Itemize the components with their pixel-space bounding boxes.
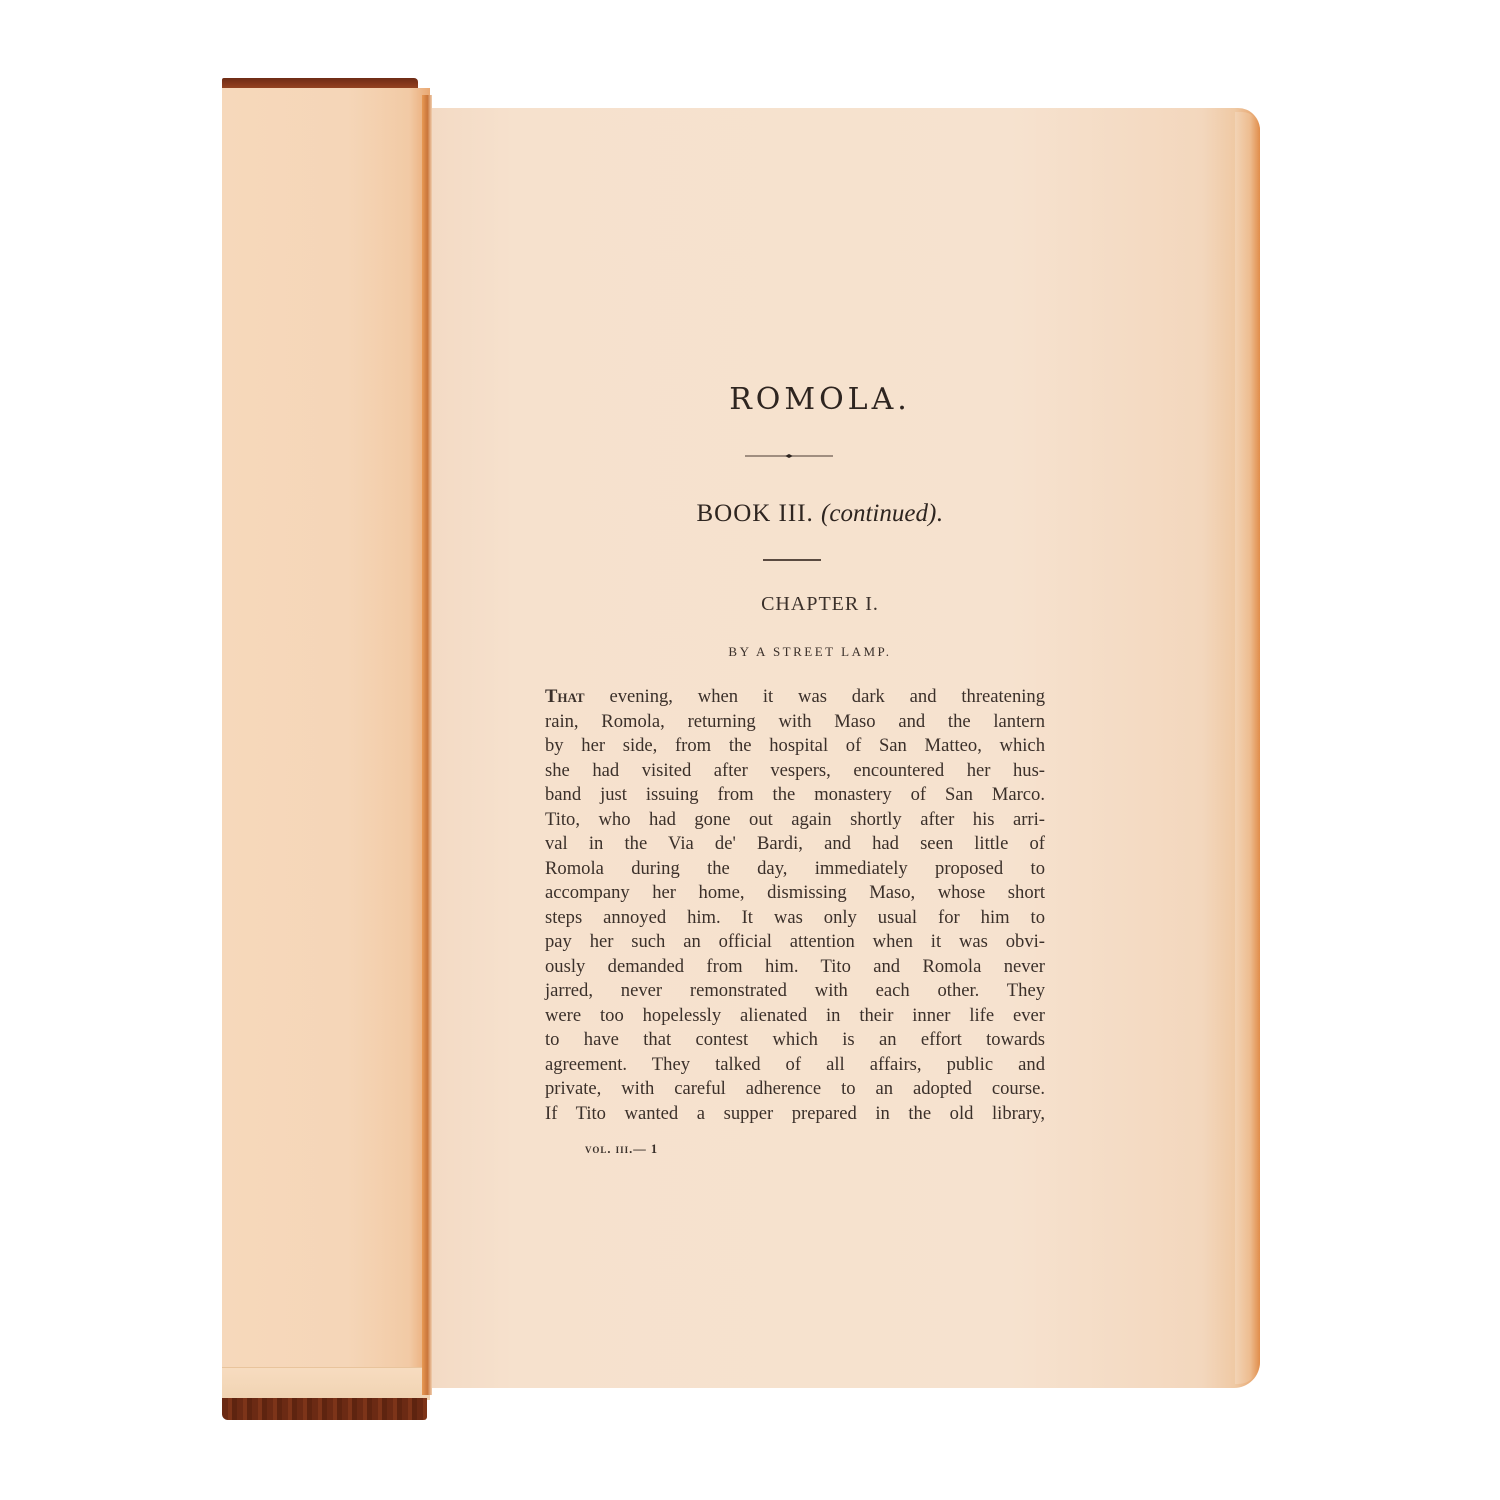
text-line: band just issuing from the monastery of … — [545, 783, 1045, 808]
drop-word: That — [545, 686, 585, 707]
leather-cover-bottom — [222, 1398, 427, 1420]
text-line: That evening, when it was dark and threa… — [545, 685, 1045, 710]
ornament-divider-icon — [745, 454, 833, 458]
page-fore-edge — [1235, 112, 1260, 1384]
book-gutter — [422, 95, 432, 1395]
text-line: by her side, from the hospital of San Ma… — [545, 734, 1045, 759]
text-line: If Tito wanted a supper prepared in the … — [545, 1102, 1045, 1127]
signature-mark: vol. iii.— 1 — [585, 1142, 658, 1157]
text-line: private, with careful adherence to an ad… — [545, 1077, 1045, 1102]
text-line: to have that contest which is an effort … — [545, 1028, 1045, 1053]
text-line: val in the Via de' Bardi, and had seen l… — [545, 832, 1045, 857]
book-photo: ROMOLA. BOOK III. (continued). CHAPTER I… — [0, 0, 1500, 1500]
text-line-content: evening, when it was dark and threatenin… — [585, 686, 1045, 707]
text-line: Romola during the day, immediately propo… — [545, 857, 1045, 882]
text-line: Tito, who had gone out again shortly aft… — [545, 808, 1045, 833]
book-note: (continued) — [821, 500, 936, 527]
text-line: ously demanded from him. Tito and Romola… — [545, 955, 1045, 980]
text-line: she had visited after vespers, encounter… — [545, 759, 1045, 784]
chapter-heading: CHAPTER I. — [680, 593, 960, 616]
text-line: agreement. They talked of all affairs, p… — [545, 1053, 1045, 1078]
text-line: pay her such an official attention when … — [545, 930, 1045, 955]
text-line: accompany her home, dismissing Maso, who… — [545, 881, 1045, 906]
book-note-trail: . — [936, 500, 943, 527]
book-heading: BOOK III. (continued). — [630, 500, 1010, 528]
book-title: ROMOLA. — [700, 382, 940, 417]
text-line: jarred, never remonstrated with each oth… — [545, 979, 1045, 1004]
left-page — [222, 88, 430, 1400]
rule-divider — [763, 559, 821, 561]
text-line: steps annoyed him. It was only usual for… — [545, 906, 1045, 931]
book-label: BOOK III. — [696, 500, 813, 527]
body-text: That evening, when it was dark and threa… — [545, 685, 1045, 1126]
text-line: were too hopelessly alienated in their i… — [545, 1004, 1045, 1029]
text-line: rain, Romola, returning with Maso and th… — [545, 710, 1045, 735]
chapter-title: BY A STREET LAMP. — [670, 644, 950, 660]
